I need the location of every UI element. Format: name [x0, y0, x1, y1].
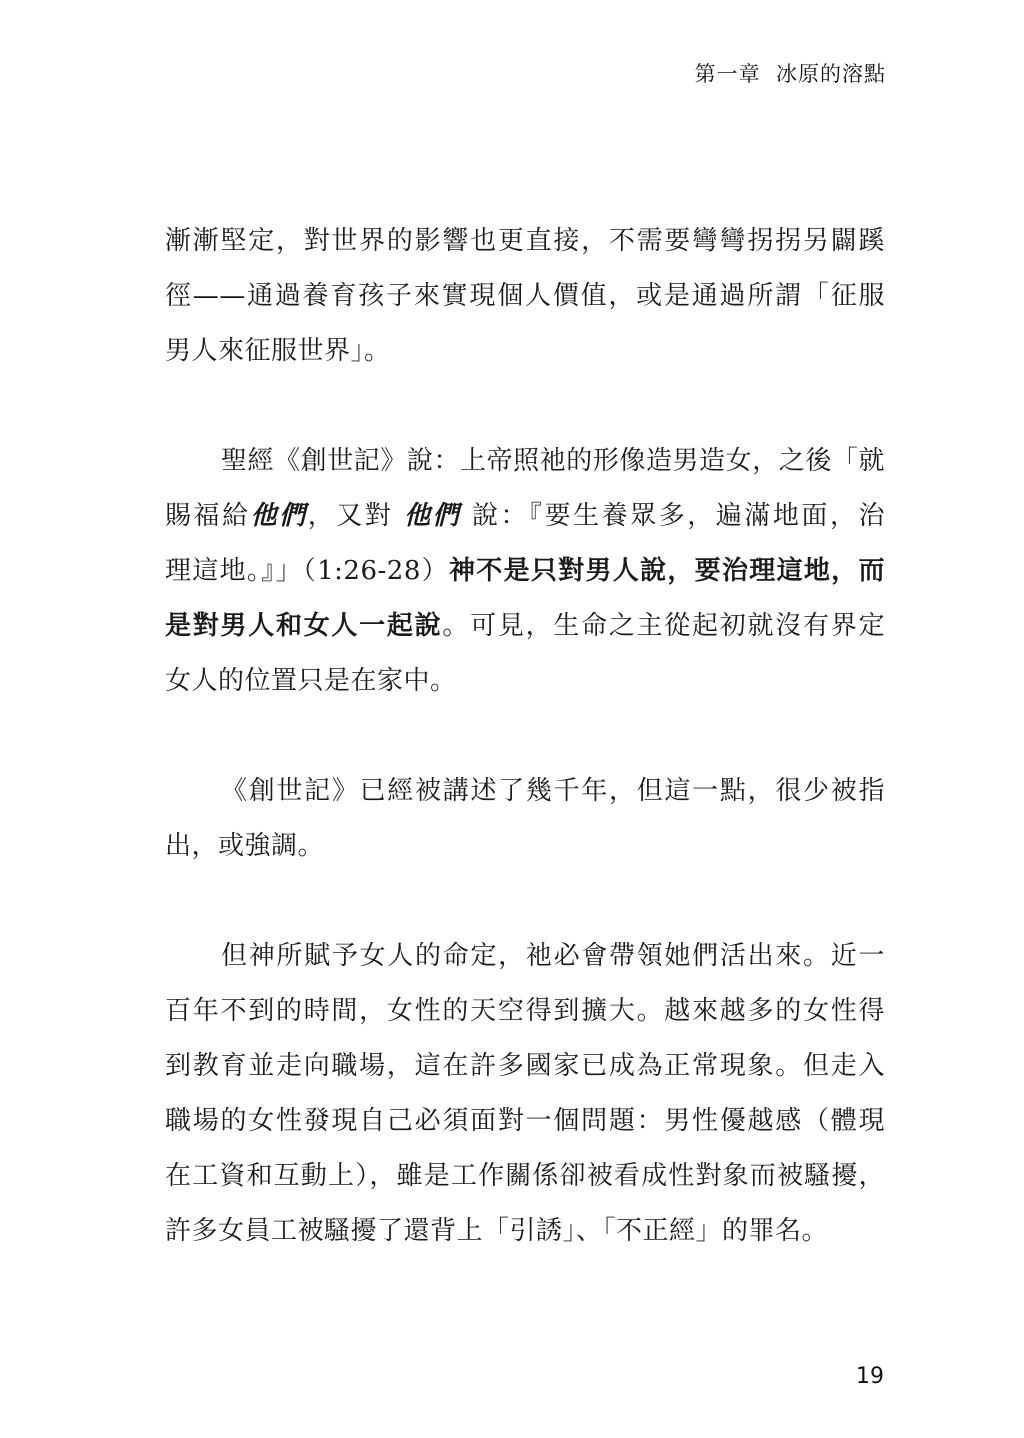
- text-line: 職場的女性發現自己必須面對一個問題：男性優越感（體現: [165, 1094, 885, 1149]
- text-segment: 賜福給: [165, 501, 251, 531]
- text-segment: 但神所賦予女人的命定，祂必會帶領她們活出來。近一: [221, 941, 885, 971]
- text-line: 是對男人和女人一起說。可見，生命之主從起初就沒有界定: [165, 599, 885, 654]
- text-segment: 說：『要生養眾多，遍滿地面，治: [461, 501, 885, 531]
- text-segment: 徑——通過養育孩子來實現個人價值，或是通過所謂「征服: [165, 281, 885, 311]
- text-segment: ，又對: [308, 501, 404, 531]
- paragraph: 漸漸堅定，對世界的影響也更直接，不需要彎彎拐拐另闢蹊徑——通過養育孩子來實現個人…: [165, 214, 885, 379]
- running-header: 第一章 冰原的溶點: [695, 58, 886, 88]
- text-line: 到教育並走向職場，這在許多國家已成為正常現象。但走入: [165, 1039, 885, 1094]
- text-segment: 《創世記》已經被講述了幾千年，但這一點，很少被指: [221, 776, 885, 806]
- emphasized-text: 是對男人和女人一起說: [165, 611, 442, 641]
- text-segment: 聖經《創世記》說：上帝照祂的形像造男造女，之後「就: [221, 446, 885, 476]
- page-number: 19: [856, 1364, 884, 1389]
- text-line: 聖經《創世記》說：上帝照祂的形像造男造女，之後「就: [165, 434, 885, 489]
- emphasized-text: 神不是只對男人說，要治理這地，而: [449, 556, 885, 586]
- text-line: 但神所賦予女人的命定，祂必會帶領她們活出來。近一: [165, 929, 885, 984]
- text-segment: 職場的女性發現自己必須面對一個問題：男性優越感（體現: [165, 1106, 885, 1136]
- text-segment: 百年不到的時間，女性的天空得到擴大。越來越多的女性得: [165, 996, 885, 1026]
- text-line: 徑——通過養育孩子來實現個人價值，或是通過所謂「征服: [165, 269, 885, 324]
- text-segment: 到教育並走向職場，這在許多國家已成為正常現象。但走入: [165, 1051, 885, 1081]
- text-line: 賜福給他們，又對 他們 說：『要生養眾多，遍滿地面，治: [165, 489, 885, 544]
- emphasized-text: 他們: [251, 501, 308, 531]
- text-segment: 出，或強調。: [165, 831, 324, 861]
- text-segment: 理這地。』」（1:26-28）: [165, 556, 449, 586]
- text-segment: 漸漸堅定，對世界的影響也更直接，不需要彎彎拐拐另闢蹊: [165, 226, 885, 256]
- paragraph: 《創世記》已經被講述了幾千年，但這一點，很少被指出，或強調。: [165, 764, 885, 874]
- text-line: 出，或強調。: [165, 819, 885, 874]
- text-line: 百年不到的時間，女性的天空得到擴大。越來越多的女性得: [165, 984, 885, 1039]
- text-line: 男人來征服世界」。: [165, 324, 885, 379]
- text-segment: 在工資和互動上），雖是工作關係卻被看成性對象而被騷擾，: [165, 1161, 885, 1191]
- paragraph: 但神所賦予女人的命定，祂必會帶領她們活出來。近一百年不到的時間，女性的天空得到擴…: [165, 929, 885, 1259]
- emphasized-text: 他們: [404, 501, 461, 531]
- body-text: 漸漸堅定，對世界的影響也更直接，不需要彎彎拐拐另闢蹊徑——通過養育孩子來實現個人…: [165, 214, 885, 1314]
- paragraph: 聖經《創世記》說：上帝照祂的形像造男造女，之後「就賜福給他們，又對 他們 說：『…: [165, 434, 885, 709]
- text-segment: 許多女員工被騷擾了還背上「引誘」、「不正經」的罪名。: [165, 1216, 828, 1246]
- text-line: 理這地。』」（1:26-28）神不是只對男人說，要治理這地，而: [165, 544, 885, 599]
- text-line: 在工資和互動上），雖是工作關係卻被看成性對象而被騷擾，: [165, 1149, 885, 1204]
- text-line: 女人的位置只是在家中。: [165, 654, 885, 709]
- text-segment: 男人來征服世界」。: [165, 336, 391, 366]
- text-line: 《創世記》已經被講述了幾千年，但這一點，很少被指: [165, 764, 885, 819]
- text-line: 許多女員工被騷擾了還背上「引誘」、「不正經」的罪名。: [165, 1204, 885, 1259]
- text-line: 漸漸堅定，對世界的影響也更直接，不需要彎彎拐拐另闢蹊: [165, 214, 885, 269]
- text-segment: 。可見，生命之主從起初就沒有界定: [442, 611, 885, 641]
- text-segment: 女人的位置只是在家中。: [165, 666, 457, 696]
